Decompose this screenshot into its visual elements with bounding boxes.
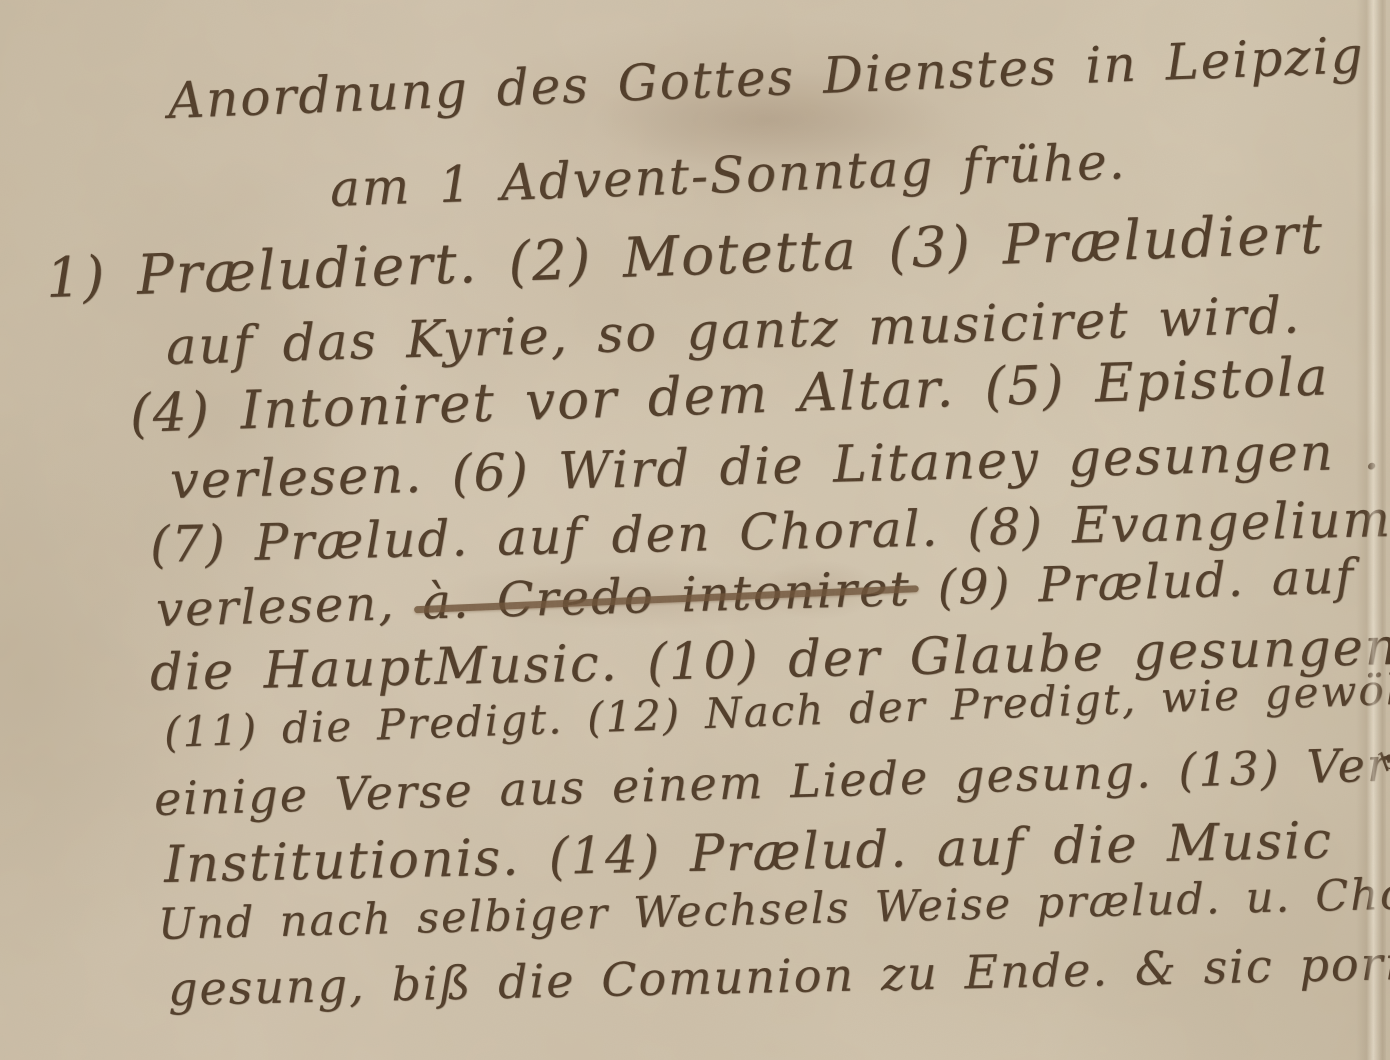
paper-crease bbox=[1356, 0, 1386, 1060]
heading-line: Anordnung des Gottes Dienstes in Leipzig bbox=[167, 26, 1366, 130]
manuscript-page: Anordnung des Gottes Dienstes in Leipzig… bbox=[0, 0, 1390, 1060]
line-text: (9) Prælud. auf bbox=[910, 549, 1356, 617]
heading-line: am 1 Advent-Sonntag frühe. bbox=[329, 132, 1127, 218]
line-text: verlesen, bbox=[155, 575, 423, 638]
strikethrough-text: à. Credo intoniret bbox=[421, 561, 911, 631]
manuscript-line: gesung, biß die Comunion zu Ende. & sic … bbox=[167, 935, 1390, 1016]
